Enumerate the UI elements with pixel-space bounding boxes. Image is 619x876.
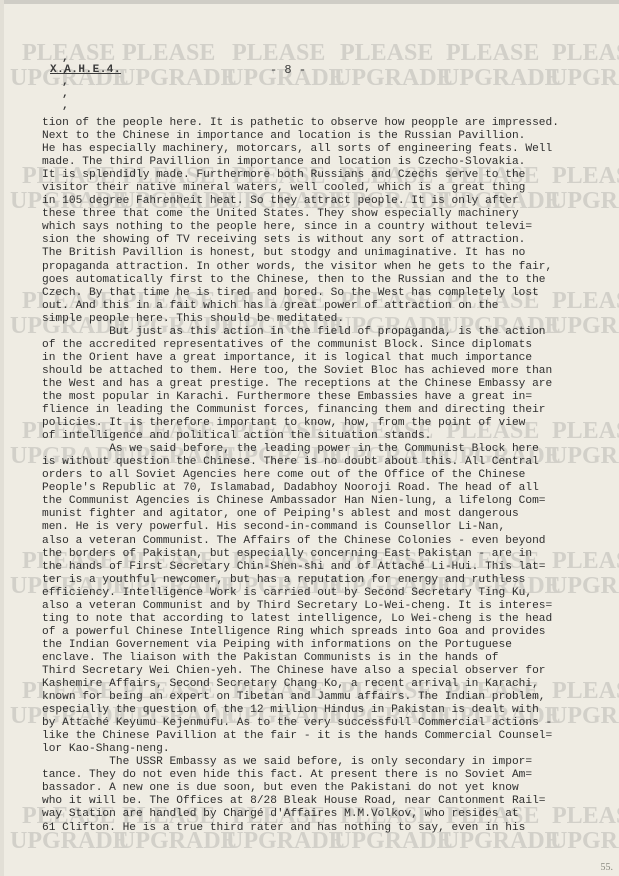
text-line: of a powerful Chinese Intelligence Ring … [42,626,617,639]
text-line: the most popular in Karachi. Furthermore… [42,391,617,404]
sheet-number: 55. [601,862,614,873]
text-line: flience in leading the Communist forces,… [42,404,617,417]
watermark-text: PLEASE [552,40,619,67]
watermark-text: PLEASE [340,40,433,67]
document-page: PLEASEPLEASEPLEASEPLEASEPLEASEPLEASEUPGR… [0,0,619,876]
text-line: should be attached to them. Here too, th… [42,365,617,378]
text-line: tance. They do not even hide this fact. … [42,769,617,782]
text-line: the West and has a great prestige. The r… [42,378,617,391]
text-line: ting to note that according to latest in… [42,613,617,626]
document-code: X.A.H.E.4. [50,64,121,76]
text-line: which says nothing to the people here, s… [42,221,617,234]
text-line: of intelligence and political action the… [42,430,617,443]
text-line: out. And this in a fait which has a grea… [42,300,617,313]
text-line: known for being an expert on Tibetan and… [42,691,617,704]
text-line: Kashemire Affairs, Second Secretary Chan… [42,678,617,691]
text-line: also a veteran Communist and by Third Se… [42,600,617,613]
text-line: men. He is very powerful. His second-in-… [42,521,617,534]
text-line: As we said before, the leading power in … [42,443,617,456]
text-line: The British Pavillion is honest, but sto… [42,247,617,260]
header-marks: , , , , , [62,52,72,112]
text-line: who it will be. The Offices at 8/28 Blea… [42,795,617,808]
text-line: ter is a youthful newcomer, but has a re… [42,574,617,587]
text-line: munist fighter and agitator, one of Peip… [42,508,617,521]
text-line: made. The third Pavillion in importance … [42,156,617,169]
text-line: It is splendidly made. Furthermore both … [42,169,617,182]
text-line: in 105 degree Fahrenheit heat. So they a… [42,195,617,208]
scan-top-edge [0,0,619,4]
text-line: the hands of First Secretary Chin-Shen-s… [42,561,617,574]
text-line: especially the question of the 12 millio… [42,704,617,717]
text-line: is without question the Chinese. There i… [42,456,617,469]
page-number: - 8 - [270,63,306,77]
text-line: The USSR Embassy as we said before, is o… [42,756,617,769]
watermark-text: PLEASE [122,40,215,67]
text-line: enclave. The liaison with the Pakistan C… [42,652,617,665]
text-line: the Communist Agencies is Chinese Ambass… [42,495,617,508]
text-line: Third Secretary Wei Chien-yeh. The Chine… [42,665,617,678]
text-line: the Indian Governement via Peiping with … [42,639,617,652]
watermark-text: UPGRADE [550,65,619,92]
watermark-text: UPGRADE [442,65,561,92]
text-line: the borders of Pakistan, but especially … [42,548,617,561]
watermark-text: PLEASE [446,40,539,67]
text-line: these three that come the United States.… [42,208,617,221]
text-line: way Station are handled by Chargé d'Affa… [42,808,617,821]
text-line: Czech. By that time he is tired and bore… [42,287,617,300]
text-line: lor Kao-Shang-neng. [42,743,617,756]
text-line: He has especially machinery, motorcars, … [42,143,617,156]
text-line: of the accredited representatives of the… [42,339,617,352]
text-line: also a veteran Communist. The Affairs of… [42,535,617,548]
watermark-text: UPGRADE [334,65,453,92]
watermark-text: UPGRADE [118,65,237,92]
text-line: propaganda attraction. In other words, t… [42,261,617,274]
text-line: orders to all Soviet Agencies here come … [42,469,617,482]
scan-left-edge [0,0,4,876]
text-line: like the Chinese Pavillion at the fair -… [42,730,617,743]
text-line: policies. It is therefore important to k… [42,417,617,430]
text-line: simple people here. This should be medit… [42,313,617,326]
text-line: bassador. A new one is due soon, but eve… [42,782,617,795]
text-line: Next to the Chinese in importance and lo… [42,130,617,143]
text-line: visitor their native mineral waters, wel… [42,182,617,195]
text-line: in the Orient have a great importance, i… [42,352,617,365]
text-line: efficiency. Intelligence Work is carried… [42,587,617,600]
text-line: sion the showing of TV receiving sets is… [42,234,617,247]
text-line: People's Republic at 70, Islamabad, Dada… [42,482,617,495]
text-line: by Attaché Keyumu Kejenmufu. As to the v… [42,717,617,730]
typewritten-body: tion of the people here. It is pathetic … [42,117,617,835]
text-line: 61 Clifton. He is a true third rater and… [42,822,617,835]
text-line: tion of the people here. It is pathetic … [42,117,617,130]
text-line: But just as this action in the field of … [42,326,617,339]
text-line: goes automatically first to the Chinese,… [42,274,617,287]
